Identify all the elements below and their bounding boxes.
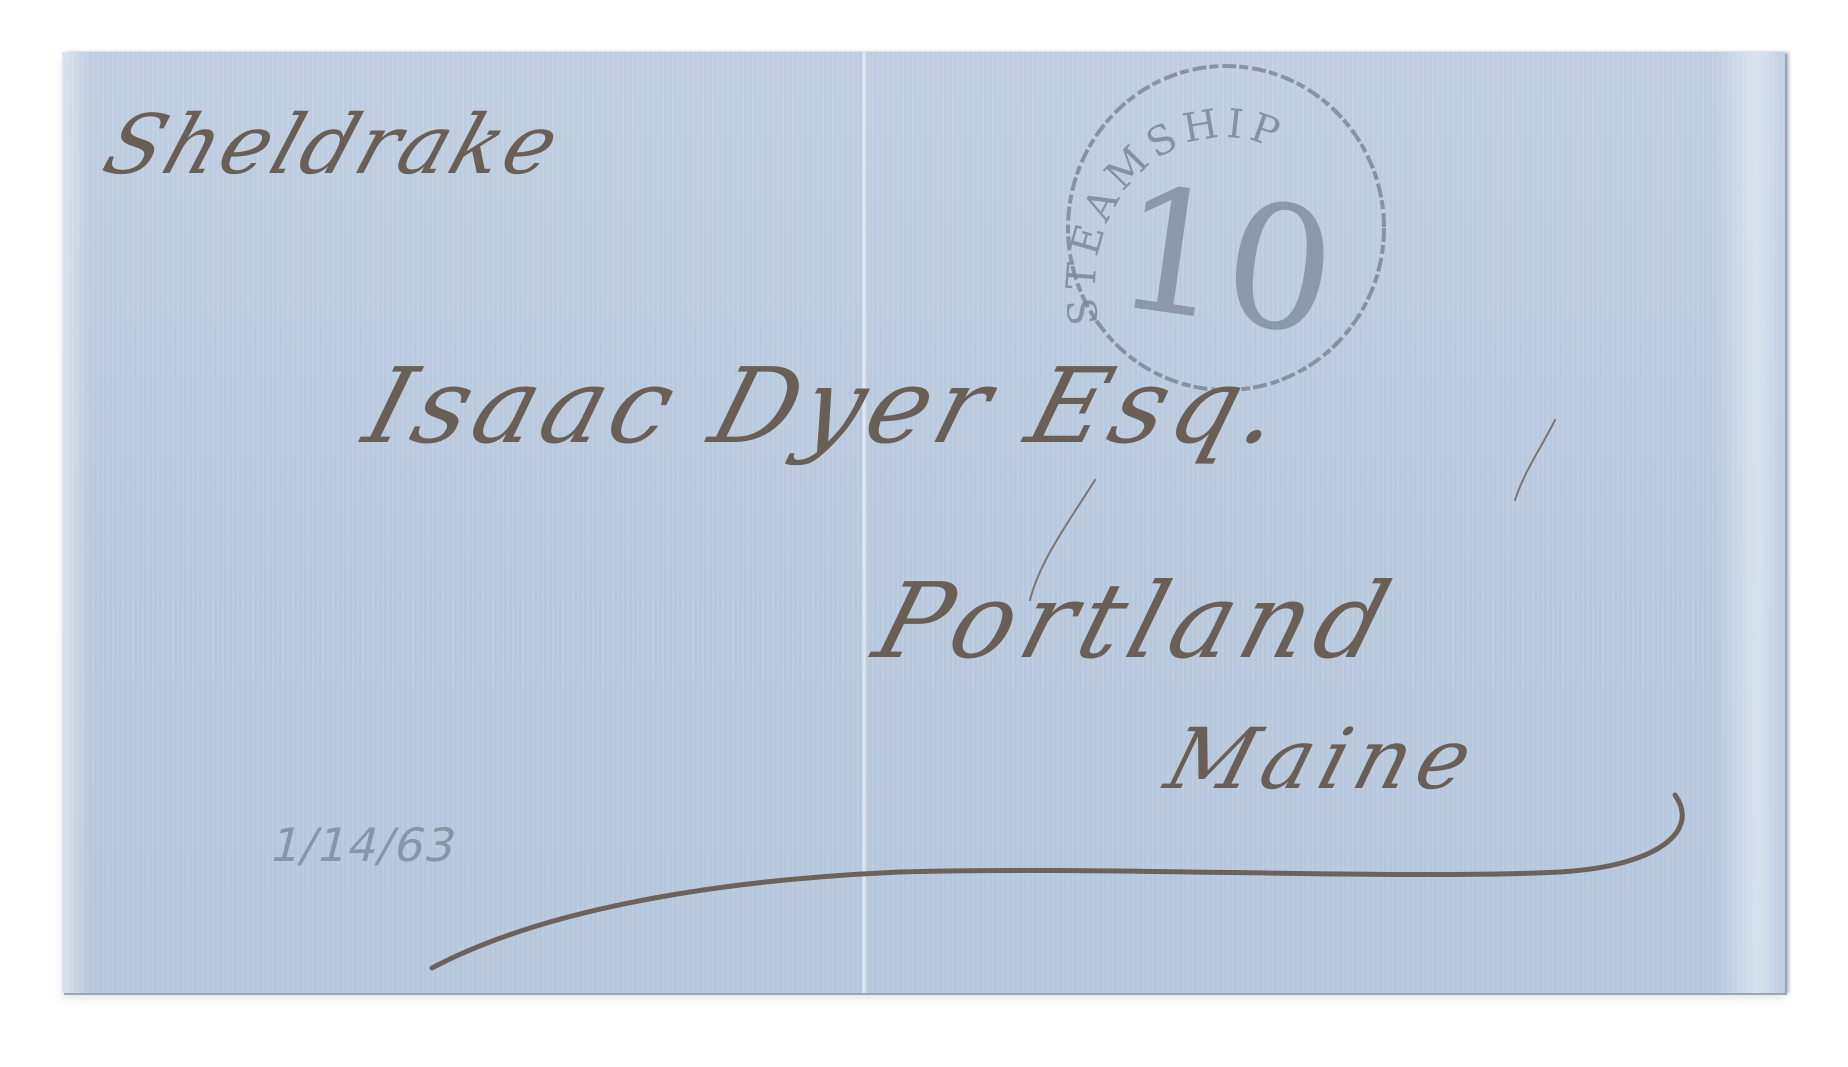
underline-flourish: [0, 0, 1848, 1067]
pencil-date-note: 1/14/63: [265, 818, 463, 872]
